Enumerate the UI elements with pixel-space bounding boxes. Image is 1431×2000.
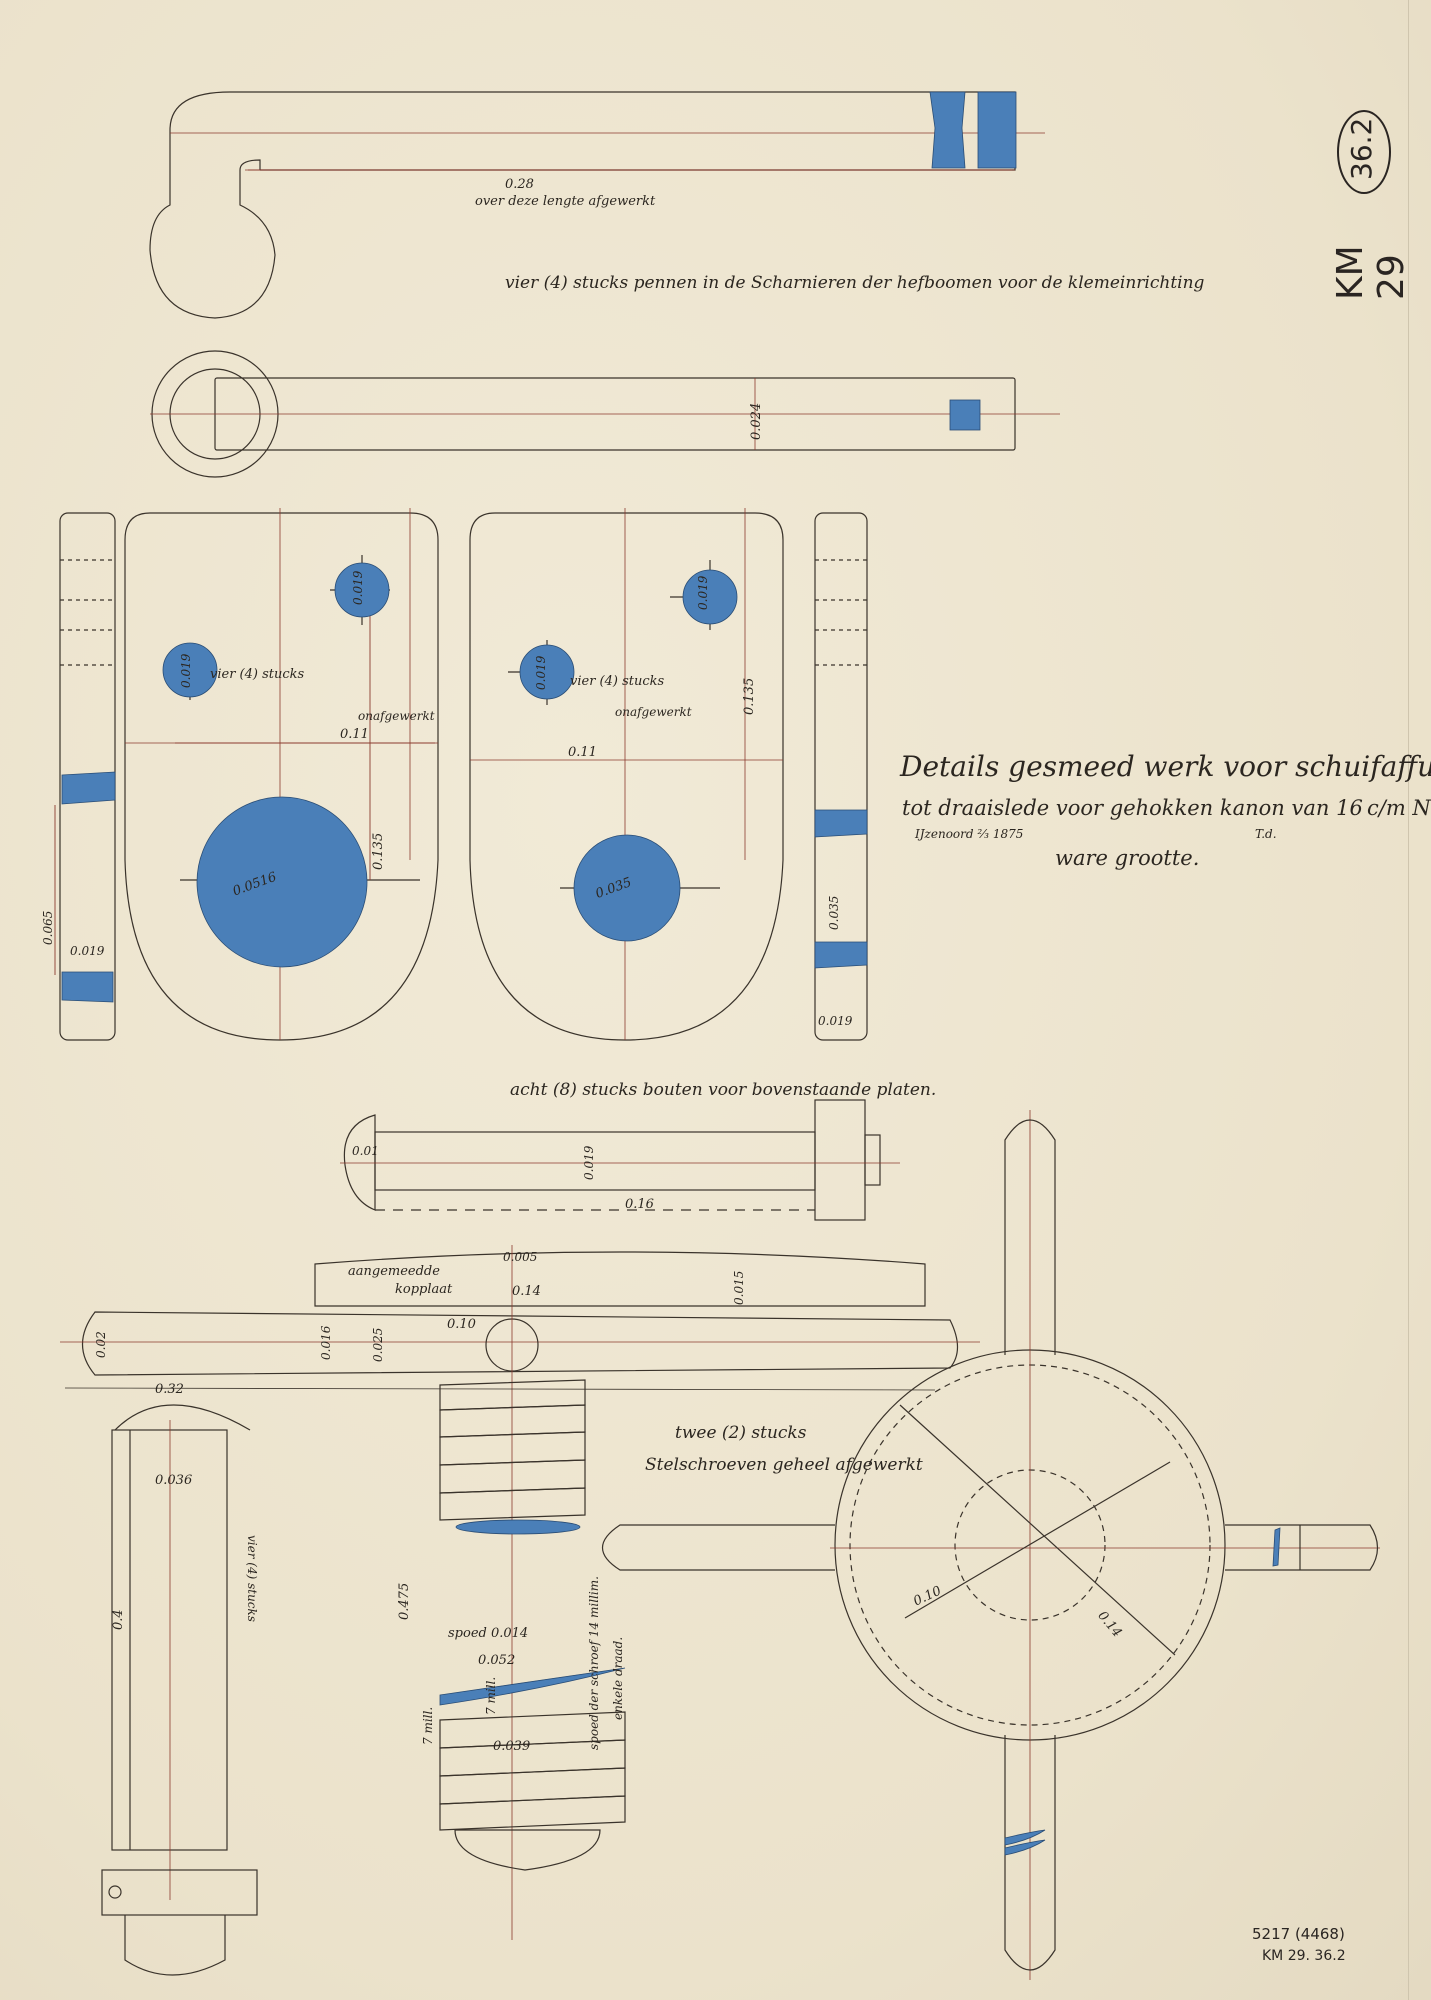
left-plate-finish: onafgewerkt	[358, 710, 435, 722]
handle-neck-dim: 0.016	[320, 1326, 332, 1360]
plate-width-dim: 0.14	[512, 1285, 541, 1298]
head-plate-label-1: aangemeedde	[348, 1265, 440, 1278]
right-plate-height-dim: 0.135	[743, 678, 756, 715]
pin-section-wash-1	[930, 92, 965, 168]
pin-quantity-note: vier (4) stucks	[246, 1535, 258, 1622]
right-plate-width-dim: 0.11	[568, 746, 597, 759]
catalog-code: KM 29	[1330, 199, 1412, 300]
pins-caption: vier (4) stucks pennen in de Scharnieren…	[505, 275, 1204, 292]
handle-end-dim: 0.02	[95, 1331, 107, 1358]
screw-length-dim: 0.475	[398, 1583, 411, 1620]
bolt-diameter-dim: 0.019	[583, 1146, 595, 1180]
pin-length-note: over deze lengte afgewerkt	[475, 195, 655, 208]
outer-diameter-dim: 0.052	[478, 1654, 515, 1667]
left-plate-quantity: vier (4) stucks	[210, 668, 304, 681]
inventory-note-2: KM 29. 36.2	[1262, 1948, 1346, 1964]
pin-diameter-dim: 0.024	[750, 403, 763, 440]
technical-drawing	[0, 0, 1431, 2000]
left-side-thickness-dim: 0.019	[70, 945, 104, 957]
handle-center-dim: 0.10	[447, 1318, 476, 1331]
pin-length-dim-screw: 0.4	[112, 1609, 125, 1630]
left-plate-small-hole-left: 0.019	[180, 654, 192, 688]
bolts-caption: acht (8) stucks bouten voor bovenstaande…	[510, 1082, 936, 1099]
left-plate-height-dim: 0.135	[372, 833, 385, 870]
thread-depth-left: 7 mill.	[422, 1707, 434, 1745]
screws-caption-2: Stelschroeven geheel afgewerkt	[645, 1457, 923, 1474]
left-plate-width-dim: 0.11	[340, 728, 369, 741]
bolt-length-dim: 0.16	[625, 1198, 654, 1211]
right-plate-quantity: vier (4) stucks	[570, 675, 664, 688]
pitch-note: spoed 0.014	[448, 1627, 528, 1640]
thread-note-2: enkele draad.	[612, 1637, 624, 1720]
plate-thickness-dim: 0.015	[733, 1271, 745, 1305]
title-scale: ware grootte.	[1055, 848, 1199, 869]
left-plate-small-hole-top: 0.019	[352, 571, 364, 605]
left-side-offset-dim: 0.065	[42, 911, 54, 945]
handle-length-dim: 0.32	[155, 1383, 184, 1396]
pin-width-dim: 0.036	[155, 1474, 192, 1487]
title-signature: T.d.	[1255, 828, 1277, 840]
thread-note-1: spoed der schroef 14 millim.	[588, 1576, 600, 1750]
title-line-1: Details gesmeed werk voor schuifaffuiten	[900, 753, 1431, 781]
inventory-note-1: 5217 (4468)	[1252, 1925, 1345, 1943]
right-side-thickness-dim: 0.019	[818, 1015, 852, 1027]
bolt-head-dim: 0.01	[352, 1145, 379, 1157]
pin-length-dim: 0.28	[505, 178, 534, 191]
root-diameter-dim: 0.039	[493, 1740, 530, 1753]
handle-025-dim: 0.025	[372, 1328, 384, 1362]
right-plate-small-hole-left: 0.019	[535, 656, 547, 690]
right-plate-small-hole-top: 0.019	[697, 576, 709, 610]
pin-side-outline	[230, 92, 1015, 170]
right-side-offset-dim: 0.035	[828, 896, 840, 930]
right-plate-finish: onafgewerkt	[615, 706, 692, 718]
title-date: IJzenoord ⅔ 1875	[915, 828, 1023, 840]
screws-caption-1: twee (2) stucks	[675, 1425, 806, 1442]
crown-dim: 0.005	[503, 1251, 537, 1263]
head-plate-label-2: kopplaat	[395, 1283, 452, 1296]
sheet-number: 36.2	[1345, 118, 1378, 180]
thread-depth-inner: 7 mill.	[485, 1677, 497, 1715]
title-line-2: tot draaislede voor gehokken kanon van 1…	[902, 798, 1431, 819]
